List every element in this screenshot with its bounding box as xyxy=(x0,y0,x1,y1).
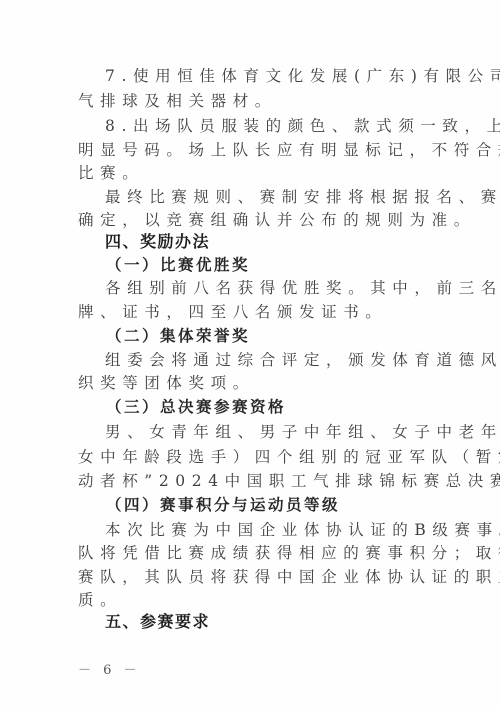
subheading-points-and-levels: （四）赛事积分与运动员等级 xyxy=(106,494,458,516)
paragraph-points-line-4: 质。 xyxy=(78,589,430,611)
paragraph-points-line-3: 赛队，其队员将获得中国企业体协认证的职工运动员等级资 xyxy=(78,566,430,588)
section-heading-awards: 四、奖励办法 xyxy=(105,231,457,253)
paragraph-finals-line-3: 动者杯”2024中国职工气排球锦标赛总决赛资格。 xyxy=(78,470,430,492)
document-page: 7.使用恒佳体育文化发展(广东)有限公司生产的(FP300) 气排球及相关器材。… xyxy=(0,0,500,707)
paragraph-excellence-line-2: 牌、证书，四至八名颁发证书。 xyxy=(78,301,430,323)
paragraph-points-line-2: 队将凭借比赛成绩获得相应的赛事积分；取得较好成绩的参 xyxy=(78,542,430,564)
paragraph-points-line-1: 本次比赛为中国企业体协认证的B级赛事。各组别参赛 xyxy=(105,519,430,541)
paragraph-item-8-line-2: 明显号码。场上队长应有明显标记，不符合规定者不得上场 xyxy=(78,139,430,161)
subheading-collective-honor: （二）集体荣誉奖 xyxy=(106,325,458,347)
paragraph-finals-line-2: 女中年龄段选手）四个组别的冠亚军队（暂定）获得参加“劳 xyxy=(78,446,430,468)
paragraph-excellence-line-1: 各组别前八名获得优胜奖。其中，前三名颁发奖杯、奖 xyxy=(105,277,430,299)
paragraph-collective-line-1: 组委会将通过综合评定，颁发体育道德风尚奖、优秀组 xyxy=(105,349,430,371)
paragraph-final-rules-line-2: 确定，以竞赛组确认并公布的规则为准。 xyxy=(78,209,430,231)
subheading-excellence-award: （一）比赛优胜奖 xyxy=(106,254,458,276)
paragraph-collective-line-2: 织奖等团体奖项。 xyxy=(78,372,430,394)
paragraph-item-7-line-1: 7.使用恒佳体育文化发展(广东)有限公司生产的(FP300) xyxy=(105,65,430,87)
paragraph-item-8-line-3: 比赛。 xyxy=(78,162,430,184)
paragraph-item-8-line-1: 8.出场队员服装的颜色、款式须一致，上衣前后均须有 xyxy=(105,115,430,137)
paragraph-item-7-line-2: 气排球及相关器材。 xyxy=(78,90,430,112)
page-number: － 6 － xyxy=(78,661,141,681)
paragraph-final-rules-line-1: 最终比赛规则、赛制安排将根据报名、赛程等实际情况 xyxy=(105,186,430,208)
subheading-finals-qualification: （三）总决赛参赛资格 xyxy=(106,396,458,418)
paragraph-finals-line-1: 男、女青年组、男子中年组、女子中老年组（其中符合 xyxy=(105,421,430,443)
section-heading-requirements: 五、参赛要求 xyxy=(105,611,457,633)
